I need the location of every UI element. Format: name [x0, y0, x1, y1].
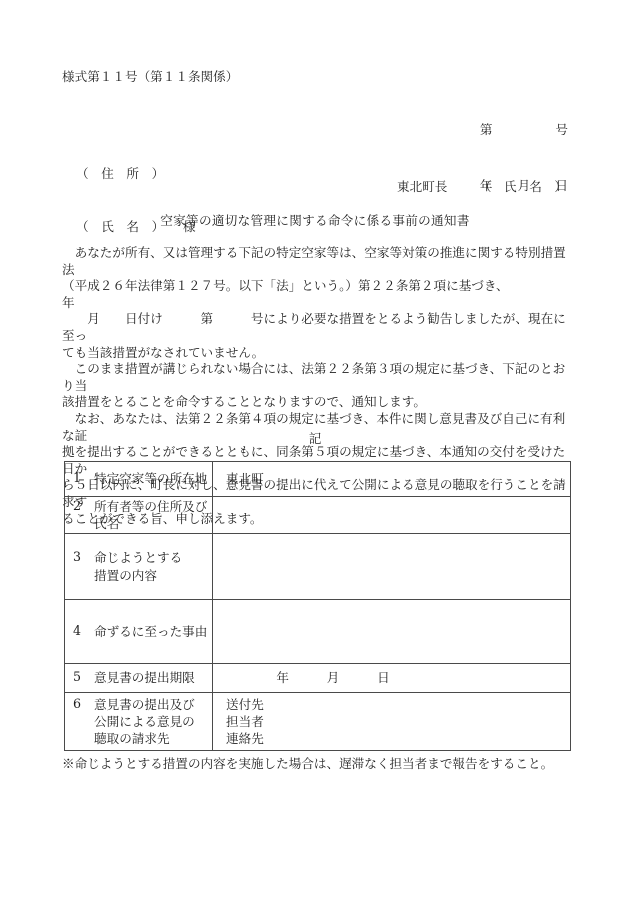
table-row: 6 意見書の提出及び 公開による意見の 聴取の請求先 送付先 担当者 連絡先 — [65, 693, 571, 751]
row-label-cell: 1 特定空家等の所在地 — [65, 462, 213, 497]
row-number: 2 — [73, 498, 94, 513]
row-label-cell: 4 命ずるに至った事由 — [65, 600, 213, 664]
body-paragraph-2: このまま措置が講じられない場合には、法第２２条第３項の規定に基づき、下記のとおり… — [62, 361, 574, 411]
row-number: 1 — [73, 470, 94, 485]
row-label-cell: 2 所有者等の住所及び 氏名 — [65, 497, 213, 534]
row-number: 5 — [73, 669, 94, 684]
row-number: 3 — [73, 549, 94, 564]
row-label-cell: 6 意見書の提出及び 公開による意見の 聴取の請求先 — [65, 693, 213, 751]
row-value-cell — [213, 497, 571, 534]
row-label: 特定空家等の所在地 — [94, 470, 207, 487]
recipient-address: （ 住 所 ） — [76, 165, 196, 183]
row-label-cell: 5 意見書の提出期限 — [65, 664, 213, 693]
form-number: 様式第１１号（第１１条関係） — [62, 66, 238, 85]
record-marker: 記 — [0, 428, 630, 447]
row-value-cell — [213, 600, 571, 664]
row-value-cell: 東北町 — [213, 462, 571, 497]
row-number: 6 — [73, 696, 94, 711]
row-label: 意見書の提出期限 — [94, 669, 195, 686]
row-value-cell: 年 月 日 — [213, 664, 571, 693]
row-label: 命じようとする 措置の内容 — [94, 549, 182, 583]
document-title: 空家等の適切な管理に関する命令に係る事前の通知書 — [0, 210, 630, 229]
body-paragraph-1: あなたが所有、又は管理する下記の特定空家等は、空家等対策の推進に関する特別措置法… — [62, 245, 574, 361]
sender-line: 東北町長 （ 氏 名 ） — [397, 176, 567, 195]
row-label: 命ずるに至った事由 — [94, 623, 207, 640]
table-row: 2 所有者等の住所及び 氏名 — [65, 497, 571, 534]
row-number: 4 — [73, 623, 94, 638]
row-label: 所有者等の住所及び 氏名 — [94, 498, 207, 532]
row-label: 意見書の提出及び 公開による意見の 聴取の請求先 — [94, 696, 195, 748]
notice-table: 1 特定空家等の所在地 東北町 2 所有者等の住所及び 氏名 — [64, 461, 571, 751]
row-value-cell — [213, 534, 571, 600]
table-row: 3 命じようとする 措置の内容 — [65, 534, 571, 600]
footnote: ※命じようとする措置の内容を実施した場合は、遅滞なく担当者まで報告をすること。 — [62, 753, 553, 772]
row-label-cell: 3 命じようとする 措置の内容 — [65, 534, 213, 600]
document-page: 様式第１１号（第１１条関係） 第 号 年 月 日 （ 住 所 ） （ 氏 名 ）… — [0, 0, 630, 903]
table-row: 5 意見書の提出期限 年 月 日 — [65, 664, 571, 693]
table-row: 4 命ずるに至った事由 — [65, 600, 571, 664]
row-value-cell: 送付先 担当者 連絡先 — [213, 693, 571, 751]
table-row: 1 特定空家等の所在地 東北町 — [65, 462, 571, 497]
doc-number-line: 第 号 — [480, 121, 568, 140]
